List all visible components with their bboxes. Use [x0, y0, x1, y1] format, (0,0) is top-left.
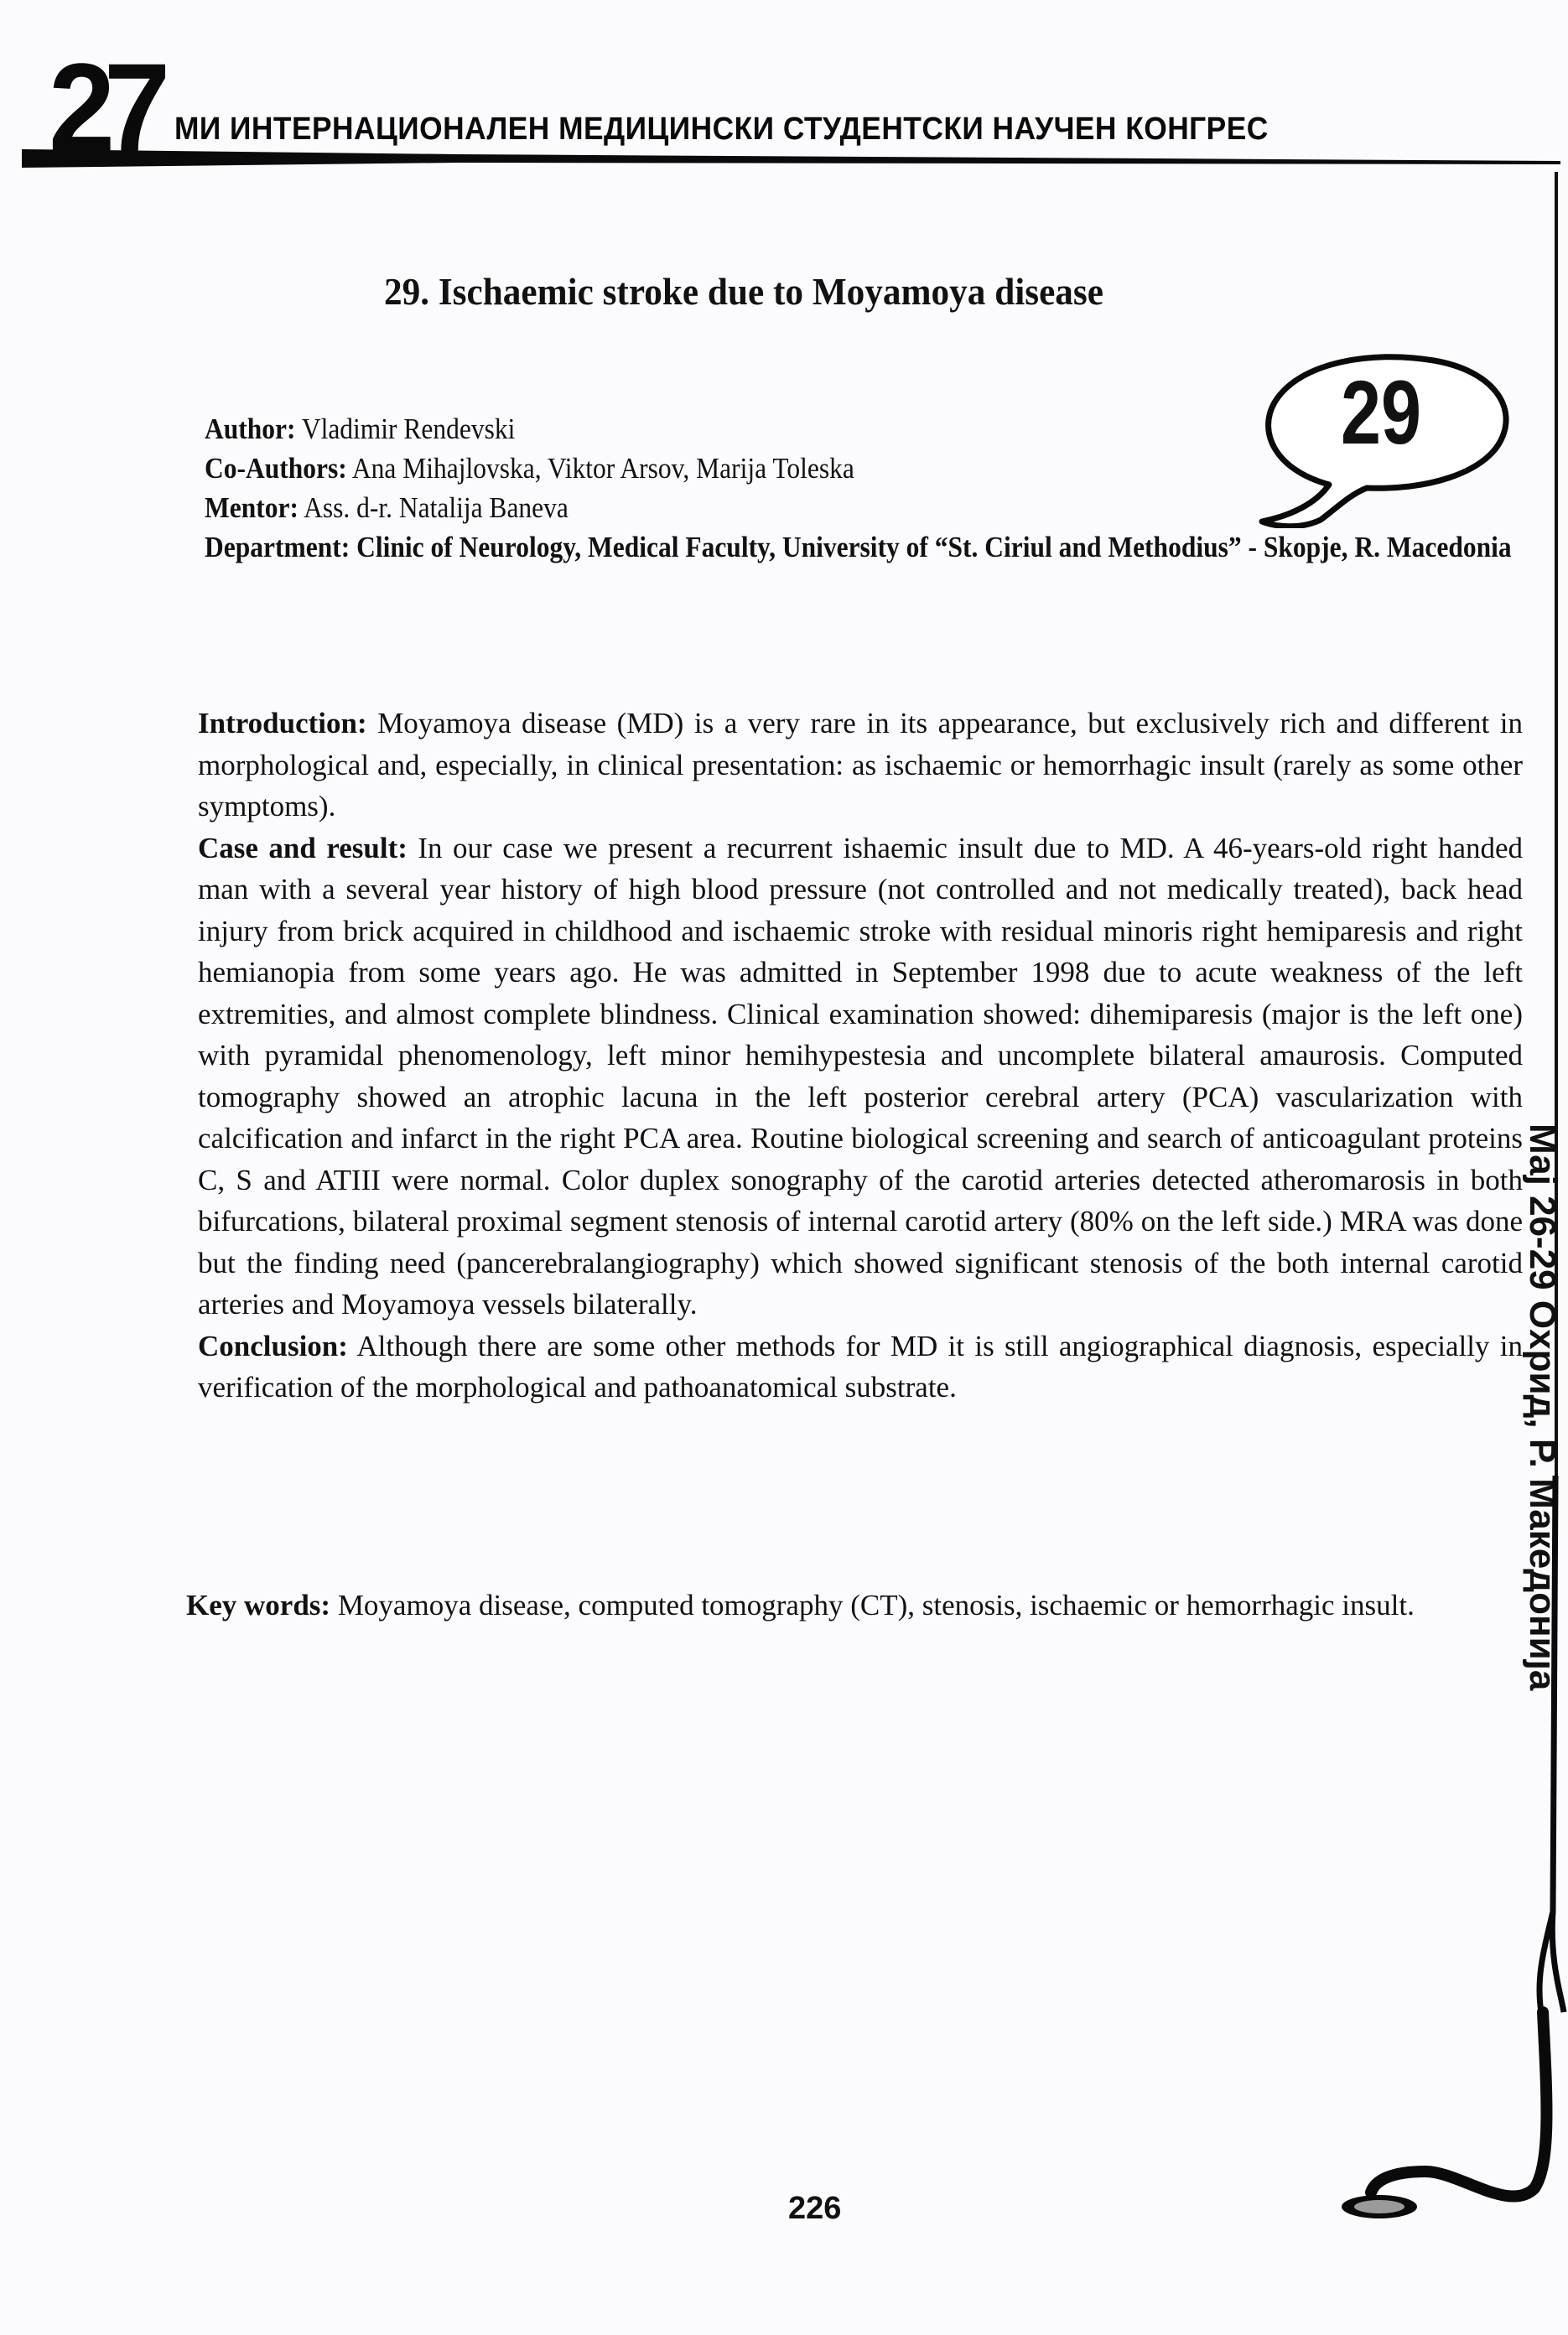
page-number: 226 [788, 2190, 841, 2227]
author-row: Author: Vladimir Rendevski [205, 409, 1397, 449]
department-name: Clinic of Neurology, Medical Faculty, Un… [356, 531, 1512, 563]
section-introduction: Introduction: Moyamoya disease (MD) is a… [198, 703, 1523, 828]
section-label: Case and result: [198, 832, 408, 864]
abstract-body: Introduction: Moyamoya disease (MD) is a… [198, 703, 1523, 1409]
article-title: 29. Ischaemic stroke due to Moyamoya dis… [384, 268, 1103, 315]
section-label: Conclusion: [198, 1330, 348, 1362]
edition-number: 27 [49, 49, 159, 166]
section-text: In our case we present a recurrent ishae… [198, 832, 1523, 1321]
congress-title: МИ ИНТЕРНАЦИОНАЛЕН МЕДИЦИНСКИ СТУДЕНТСКИ… [174, 111, 1269, 148]
keywords-text: Moyamoya disease, computed tomography (C… [338, 1589, 1415, 1622]
section-conclusion: Conclusion: Although there are some othe… [198, 1326, 1523, 1409]
section-case-and-result: Case and result: In our case we present … [198, 828, 1523, 1326]
keywords-label: Key words: [186, 1589, 330, 1622]
section-text: Although there are some other methods fo… [198, 1330, 1523, 1404]
mentor-name: Ass. d-r. Natalija Baneva [304, 491, 569, 524]
header-rule [22, 149, 1560, 168]
stethoscope-icon [1342, 1476, 1568, 2230]
section-label: Introduction: [198, 707, 367, 739]
author-name: Vladimir Rendevski [302, 413, 516, 445]
keywords: Key words: Moyamoya disease, computed to… [186, 1585, 1523, 1627]
department-row: Department: Clinic of Neurology, Medical… [205, 527, 1518, 567]
section-text: Moyamoya disease (MD) is a very rare in … [198, 707, 1523, 822]
mentor-label: Mentor: [205, 491, 299, 524]
author-label: Author: [205, 413, 296, 445]
coauthors-label: Co-Authors: [205, 452, 347, 485]
author-block: Author: Vladimir Rendevski Co-Authors: A… [205, 409, 1529, 567]
coauthors-names: Ana Mihajlovska, Viktor Arsov, Marija To… [352, 452, 854, 485]
coauthors-row: Co-Authors: Ana Mihajlovska, Viktor Arso… [205, 449, 1397, 488]
mentor-row: Mentor: Ass. d-r. Natalija Baneva [205, 488, 1397, 527]
department-label: Department: [205, 531, 350, 563]
